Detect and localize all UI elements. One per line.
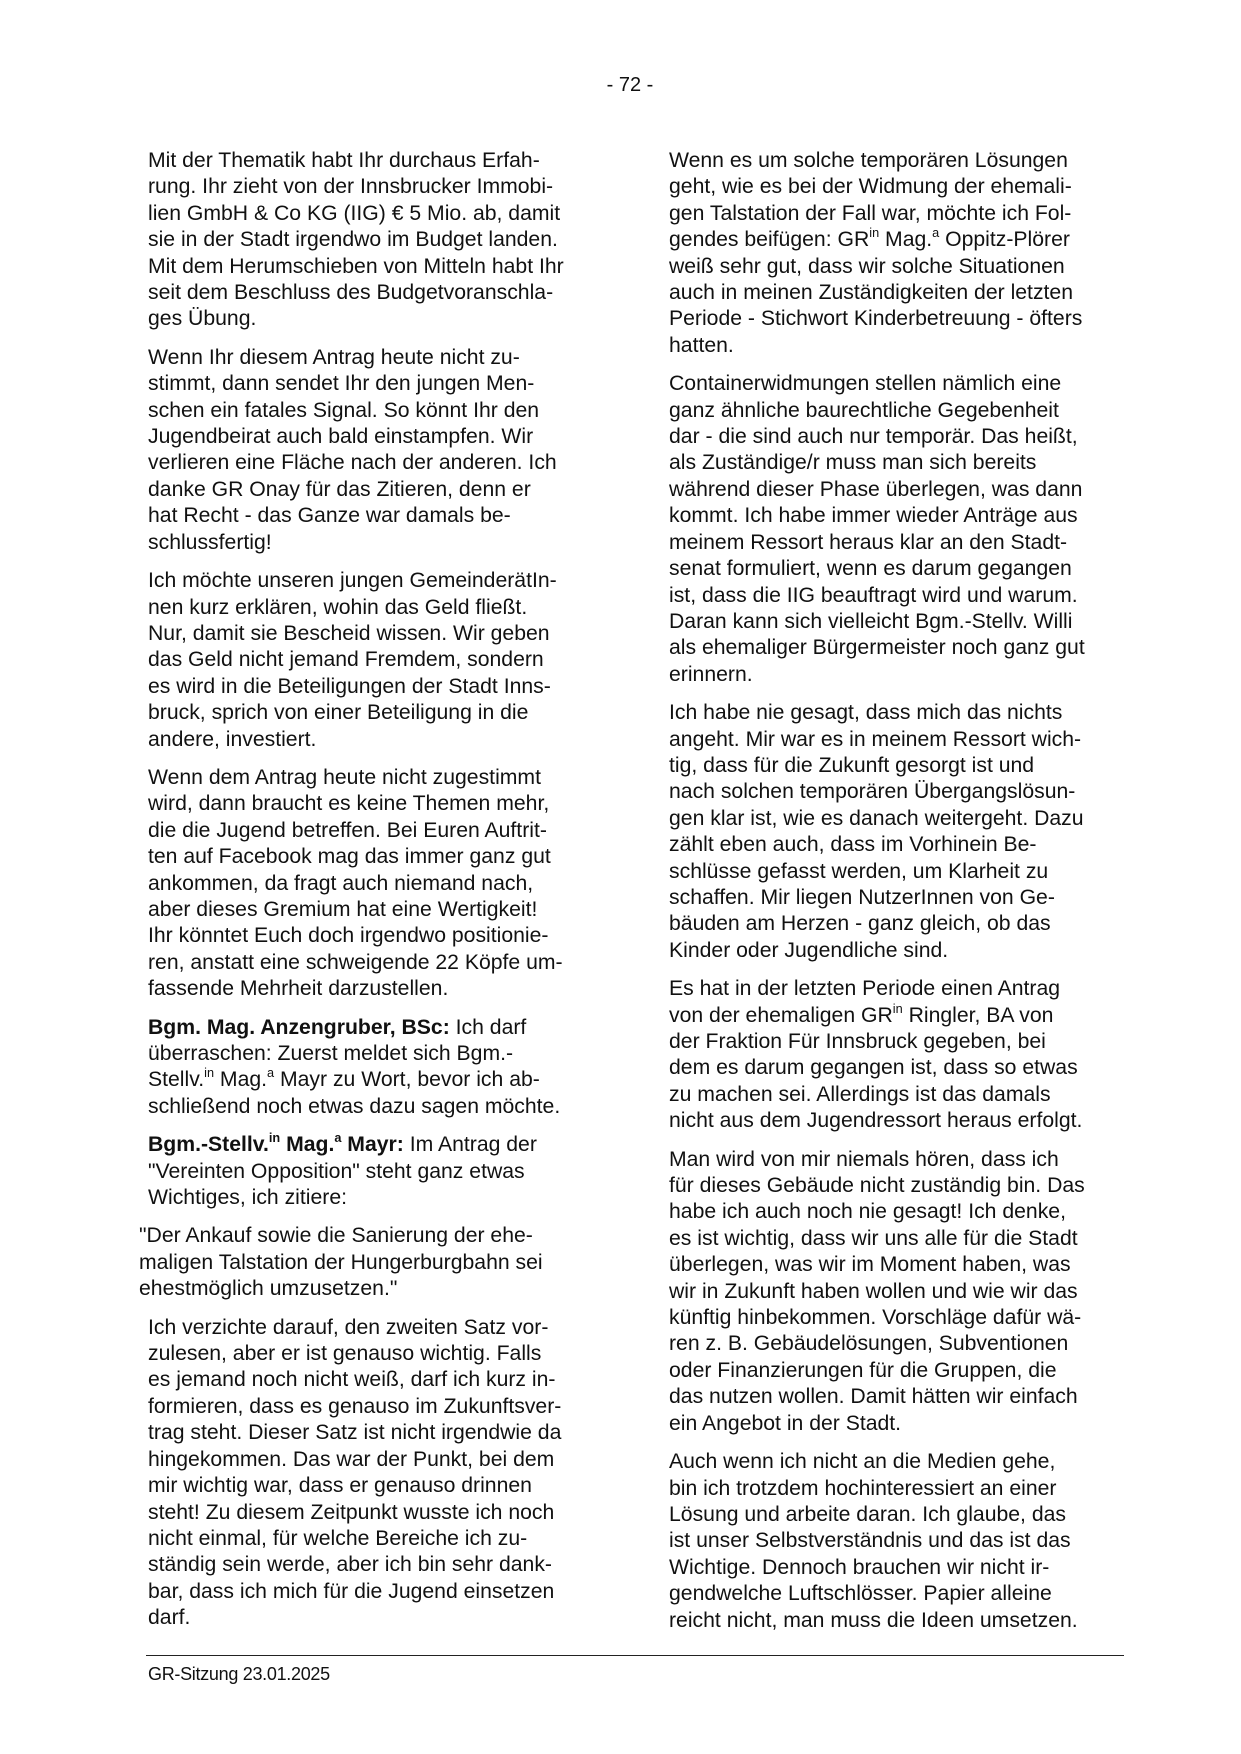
speaker-name: Bgm.-Stellv.in Mag.a Mayr:	[148, 1133, 404, 1156]
speaker-paragraph: Bgm.-Stellv.in Mag.a Mayr: Im Antrag der…	[148, 1132, 608, 1211]
paragraph: Containerwidmungen stellen nämlich eine …	[669, 371, 1129, 688]
paragraph: Mit der Thematik habt Ihr durchaus Erfah…	[148, 148, 608, 333]
paragraph: Wenn es um solche temporären Lösungen ge…	[669, 148, 1129, 359]
speaker-paragraph: Bgm. Mag. Anzengruber, BSc: Ich darf übe…	[148, 1015, 608, 1121]
footer-divider	[146, 1655, 1124, 1656]
page-number: - 72 -	[0, 74, 1241, 97]
speaker-name: Bgm. Mag. Anzengruber, BSc:	[148, 1016, 450, 1039]
paragraph: Man wird von mir niemals hören, dass ich…	[669, 1147, 1129, 1437]
footer-text: GR-Sitzung 23.01.2025	[148, 1664, 330, 1685]
left-column: Mit der Thematik habt Ihr durchaus Erfah…	[148, 148, 608, 1644]
paragraph: Ich verzichte darauf, den zweiten Satz v…	[148, 1315, 608, 1632]
right-column: Wenn es um solche temporären Lösungen ge…	[669, 148, 1129, 1646]
paragraph: Wenn Ihr diesem Antrag heute nicht zu- s…	[148, 345, 608, 556]
paragraph: Ich möchte unseren jungen GemeinderätIn-…	[148, 568, 608, 753]
quote-paragraph: "Der Ankauf sowie die Sanierung der ehe-…	[139, 1223, 608, 1302]
paragraph: Es hat in der letzten Periode einen Antr…	[669, 976, 1129, 1134]
paragraph: Ich habe nie gesagt, dass mich das nicht…	[669, 700, 1129, 964]
paragraph: Auch wenn ich nicht an die Medien gehe, …	[669, 1449, 1129, 1634]
paragraph: Wenn dem Antrag heute nicht zugestimmt w…	[148, 765, 608, 1003]
